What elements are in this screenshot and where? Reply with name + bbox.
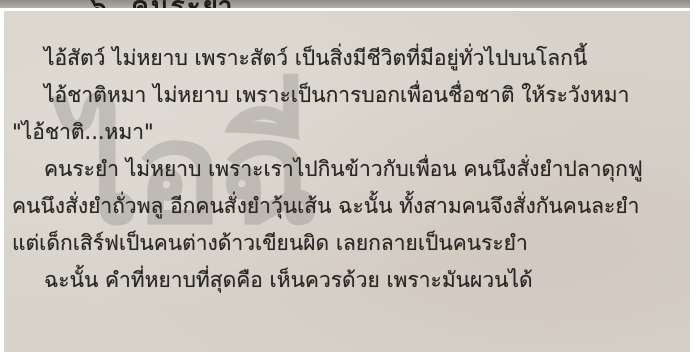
paragraph-1-line-1: ไอ้สัตว์ ไม่หยาบ เพราะสัตว์ เป็นสิ่งมีชี…	[44, 43, 587, 73]
section-heading-fragment: ๖. คนระยำ	[90, 0, 234, 8]
paragraph-3-line-1: คนระยำ ไม่หยาบ เพราะเราไปกินข้าวกับเพื่อ…	[44, 154, 643, 184]
bottom-margin	[0, 352, 699, 363]
paragraph-4-line-1: ฉะนั้น คำที่หยาบที่สุดคือ เห็นควรด้วย เพ…	[44, 265, 533, 295]
paragraph-2-line-1: ไอ้ชาติหมา ไม่หยาบ เพราะเป็นการบอกเพื่อน…	[44, 80, 629, 110]
paragraph-3-line-2: คนนึงสั่งยำถั่วพลู อีกคนสั่งยำวุ้นเส้น ฉ…	[12, 191, 639, 221]
paragraph-3-line-3: แต่เด็กเสิร์ฟเป็นคนต่างด้าวเขียนผิด เลยก…	[12, 228, 528, 258]
printed-page: ไอฉี่ ไอ้สัตว์ ไม่หยาบ เพราะสัตว์ เป็นสิ…	[4, 11, 690, 352]
paragraph-2-line-2: "ไอ้ชาติ...หมา"	[12, 117, 154, 147]
top-header-strip: ๖. คนระยำ	[0, 0, 690, 8]
